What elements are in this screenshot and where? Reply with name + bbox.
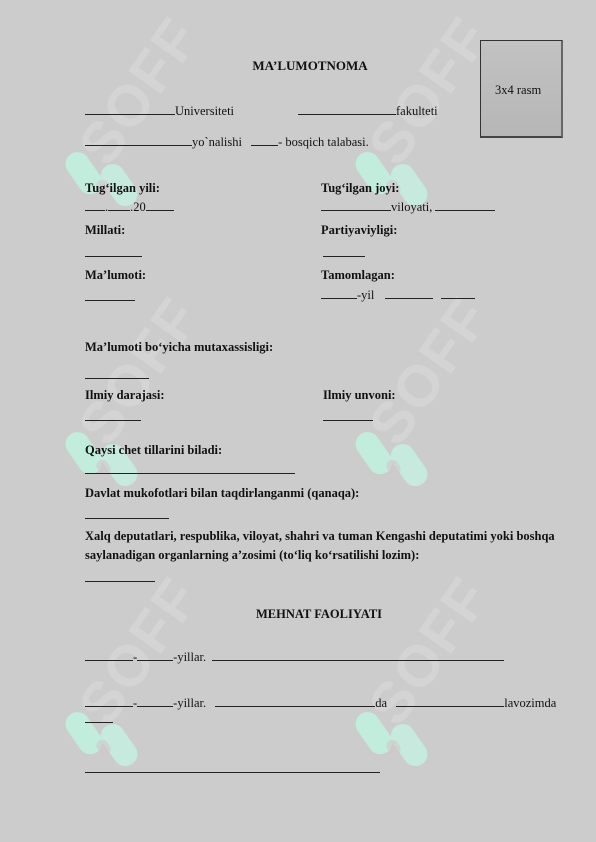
direction-line: yo`nalishi - bosqich talabasi.: [85, 135, 369, 150]
work-history-row[interactable]: --yillar. da lavozimda: [85, 696, 556, 711]
graduated-label: Tamomlagan:: [321, 268, 395, 283]
graduated-field[interactable]: -yil: [321, 288, 475, 303]
direction-blank[interactable]: [85, 135, 192, 146]
party-label: Partiyaviyligi:: [321, 223, 397, 238]
degree-label: Ilmiy darajasi:: [85, 388, 165, 403]
birth-year-field[interactable]: ..20: [85, 200, 174, 215]
photo-placeholder-label: 3x4 rasm: [495, 83, 541, 98]
faculty-line: fakulteti: [298, 104, 438, 119]
nationality-label: Millati:: [85, 223, 125, 238]
watermark-logo-icon: [351, 414, 437, 509]
awards-field[interactable]: [85, 508, 169, 523]
work-history-row[interactable]: [85, 762, 380, 777]
birth-place-field[interactable]: viloyati,: [321, 200, 495, 215]
work-history-row[interactable]: --yillar.: [85, 650, 504, 665]
work-history-row-continuation[interactable]: [85, 712, 113, 727]
nationality-field[interactable]: [85, 246, 142, 261]
education-label: Ma’lumoti:: [85, 268, 146, 283]
faculty-blank[interactable]: [298, 104, 396, 115]
languages-field[interactable]: [85, 463, 295, 478]
direction-label: yo`nalishi: [192, 135, 242, 149]
deputy-field[interactable]: [85, 571, 155, 586]
faculty-label: fakulteti: [396, 104, 438, 118]
deputy-label: Xalq deputatlari, respublika, viloyat, s…: [85, 527, 555, 565]
party-field[interactable]: [323, 246, 365, 261]
academic-title-label: Ilmiy unvoni:: [323, 388, 396, 403]
specialty-label: Ma’lumoti bo‘yicha mutaxassisligi:: [85, 340, 273, 355]
stage-label: - bosqich talabasi.: [278, 135, 369, 149]
university-label: Universiteti: [175, 104, 234, 118]
university-line: Universiteti: [85, 104, 234, 119]
photo-placeholder[interactable]: 3x4 rasm: [480, 40, 563, 138]
stage-blank[interactable]: [251, 135, 278, 146]
education-field[interactable]: [85, 290, 135, 305]
birth-place-label: Tug‘ilgan joyi:: [321, 181, 399, 196]
academic-title-field[interactable]: [323, 410, 373, 425]
languages-label: Qaysi chet tillarini biladi:: [85, 443, 222, 458]
work-history-heading: MEHNAT FAOLIYATI: [0, 607, 596, 622]
birth-year-label: Tug‘ilgan yili:: [85, 181, 160, 196]
awards-label: Davlat mukofotlari bilan taqdirlanganmi …: [85, 486, 359, 501]
specialty-field[interactable]: [85, 368, 149, 383]
degree-field[interactable]: [85, 410, 141, 425]
university-blank[interactable]: [85, 104, 175, 115]
